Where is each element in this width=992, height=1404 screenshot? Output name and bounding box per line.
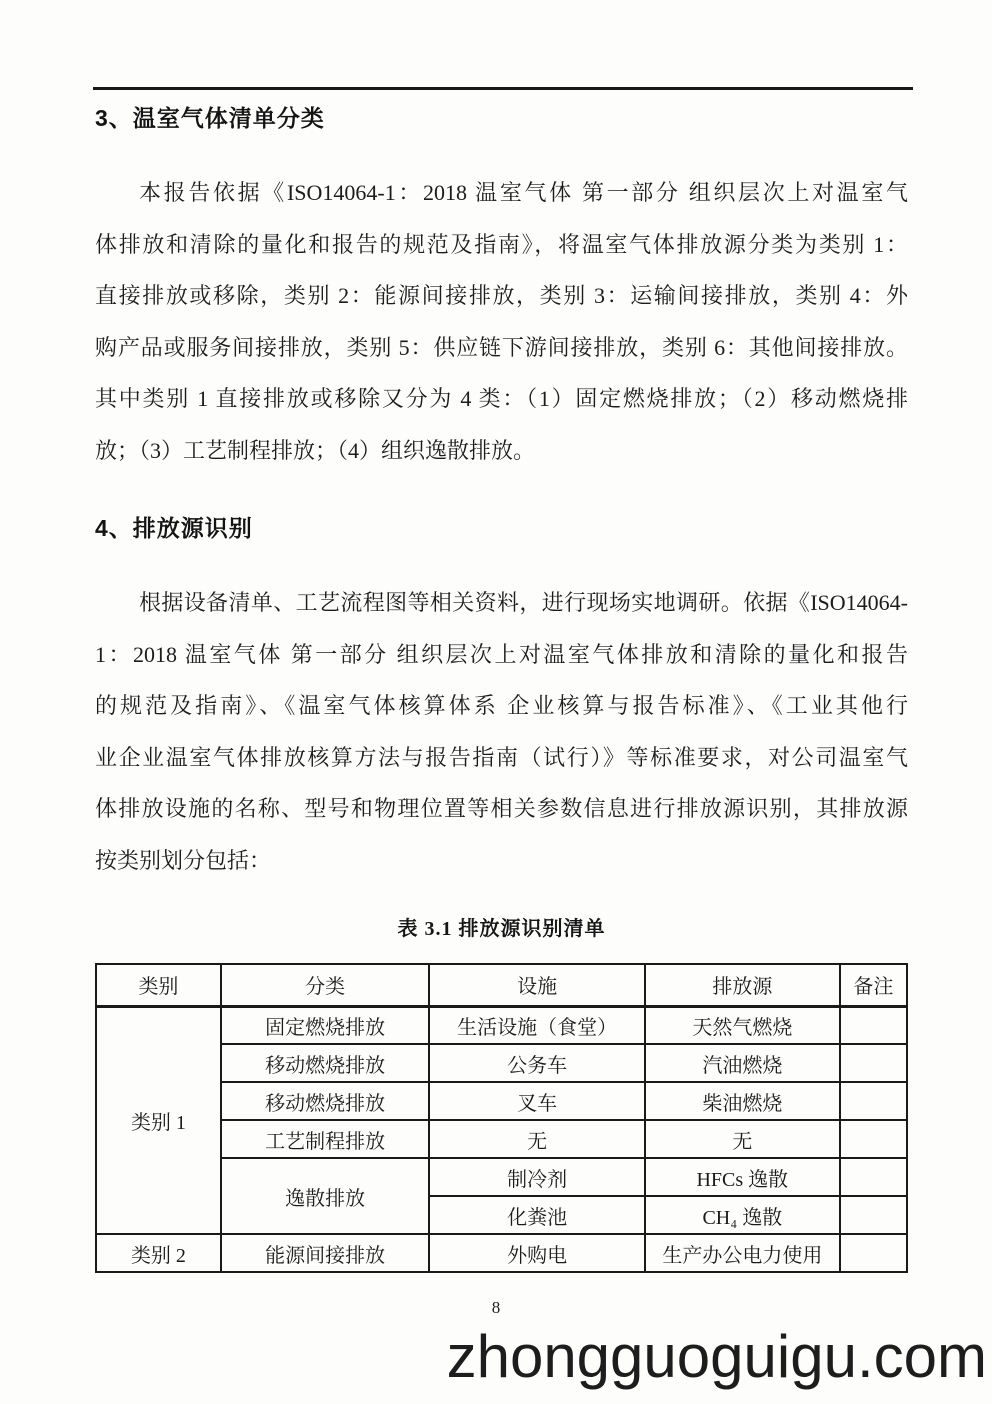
cell-category-2: 类别 2 (96, 1234, 221, 1272)
cell-note (840, 1006, 907, 1044)
table-header-row: 类别 分类 设施 排放源 备注 (96, 964, 907, 1006)
paragraph-line: 购产品或服务间接排放，类别 5：供应链下游间接排放，类别 6：其他间接排放。 (95, 322, 908, 374)
paragraph-line: 根据设备清单、工艺流程图等相关资料，进行现场实地调研。依据《ISO14064- (95, 577, 908, 629)
cell-category-1: 类别 1 (96, 1006, 221, 1234)
paragraph-line: 体排放设施的名称、型号和物理位置等相关参数信息进行排放源识别，其排放源 (95, 783, 908, 835)
paragraph-line: 体排放和清除的量化和报告的规范及指南》，将温室气体排放源分类为类别 1： (95, 219, 908, 271)
section-4-paragraph: 根据设备清单、工艺流程图等相关资料，进行现场实地调研。依据《ISO14064- … (95, 577, 908, 887)
cell-classification: 能源间接排放 (221, 1234, 429, 1272)
cell-classification: 移动燃烧排放 (221, 1044, 429, 1082)
cell-facility: 生活设施（食堂） (429, 1006, 645, 1044)
cell-source: 柴油燃烧 (645, 1082, 840, 1120)
cell-facility: 外购电 (429, 1234, 645, 1272)
cell-classification: 工艺制程排放 (221, 1120, 429, 1158)
header-emission-source: 排放源 (645, 964, 840, 1006)
cell-facility: 叉车 (429, 1082, 645, 1120)
page-header-rule (93, 87, 913, 90)
paragraph-line: 的规范及指南》、《温室气体核算体系 企业核算与报告标准》、《工业其他行 (95, 680, 908, 732)
cell-note (840, 1158, 907, 1196)
cell-source: HFCs 逸散 (645, 1158, 840, 1196)
table-row: 类别 2 能源间接排放 外购电 生产办公电力使用 (96, 1234, 907, 1272)
table-caption: 表 3.1 排放源识别清单 (95, 912, 908, 941)
cell-source: 无 (645, 1120, 840, 1158)
paragraph-line: 放；（3）工艺制程排放；（4）组织逸散排放。 (95, 425, 908, 477)
paragraph-line: 其中类别 1 直接排放或移除又分为 4 类：（1）固定燃烧排放；（2）移动燃烧排 (95, 373, 908, 425)
section-4-heading: 4、排放源识别 (95, 516, 253, 541)
cell-classification: 逸散排放 (221, 1158, 429, 1234)
header-note: 备注 (840, 964, 907, 1006)
cell-facility: 公务车 (429, 1044, 645, 1082)
cell-note (840, 1234, 907, 1272)
cell-source: 天然气燃烧 (645, 1006, 840, 1044)
emission-source-table: 类别 分类 设施 排放源 备注 类别 1 固定燃烧排放 生活设施（食堂） 天然气… (95, 963, 908, 1273)
cell-source: 汽油燃烧 (645, 1044, 840, 1082)
table-row: 类别 1 固定燃烧排放 生活设施（食堂） 天然气燃烧 (96, 1006, 907, 1044)
watermark-text: zhongguoguigu.com (447, 1322, 987, 1391)
cell-facility: 无 (429, 1120, 645, 1158)
cell-facility: 制冷剂 (429, 1158, 645, 1196)
paragraph-line: 业企业温室气体排放核算方法与报告指南（试行）》等标准要求，对公司温室气 (95, 732, 908, 784)
cell-classification: 固定燃烧排放 (221, 1006, 429, 1044)
cell-source: 生产办公电力使用 (645, 1234, 840, 1272)
cell-classification: 移动燃烧排放 (221, 1082, 429, 1120)
header-classification: 分类 (221, 964, 429, 1006)
cell-note (840, 1196, 907, 1234)
cell-note (840, 1120, 907, 1158)
paragraph-line: 直接排放或移除，类别 2：能源间接排放，类别 3：运输间接排放，类别 4：外 (95, 270, 908, 322)
cell-facility: 化粪池 (429, 1196, 645, 1234)
paragraph-line: 本报告依据《ISO14064-1：2018 温室气体 第一部分 组织层次上对温室… (95, 167, 908, 219)
paragraph-line: 按类别划分包括： (95, 835, 908, 887)
paragraph-line: 1：2018 温室气体 第一部分 组织层次上对温室气体排放和清除的量化和报告 (95, 629, 908, 681)
header-category: 类别 (96, 964, 221, 1006)
cell-note (840, 1044, 907, 1082)
section-3-heading: 3、温室气体清单分类 (95, 106, 325, 131)
page-number: 8 (0, 1298, 992, 1318)
document-page: 3、温室气体清单分类 本报告依据《ISO14064-1：2018 温室气体 第一… (0, 0, 992, 1404)
header-facility: 设施 (429, 964, 645, 1006)
cell-note (840, 1082, 907, 1120)
section-3-paragraph: 本报告依据《ISO14064-1：2018 温室气体 第一部分 组织层次上对温室… (95, 167, 908, 477)
cell-source: CH₄ 逸散 (645, 1196, 840, 1234)
